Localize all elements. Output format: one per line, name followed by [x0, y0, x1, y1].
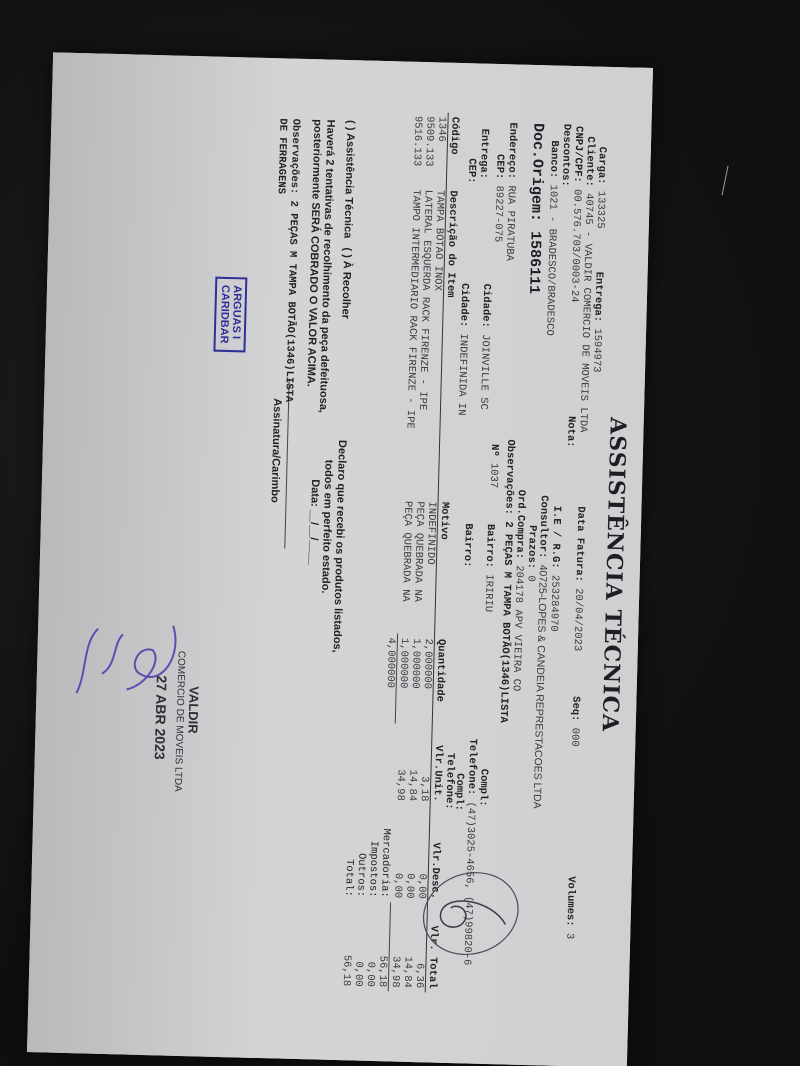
item-vlr-total: 14,84 [401, 902, 415, 992]
doc-origem-field: Doc.Origem: 1586111 [525, 123, 546, 294]
data-line: Data: __/__/____ [307, 479, 321, 565]
signature-label: Assinatura/Carimbo [268, 398, 283, 503]
company-stamp-name: VALDIR [185, 686, 201, 734]
seq-field: Seq: 000 [568, 696, 581, 747]
entrega-bairro-field: Bairro: [461, 523, 474, 567]
banco-field: Banco: 1021 - BRADESCO/BRADESCO [543, 140, 560, 336]
item-codigo: 9516.133 [409, 112, 423, 186]
checkbox-assistencia-tecnica[interactable]: ( ) Assistência Técnica ( ) À Recolher [339, 120, 356, 319]
paper-crease [722, 166, 729, 196]
item-vlr-unit: 34,98 [393, 723, 408, 805]
item-quantidade: 1,000000 [408, 634, 422, 724]
col-vlr-unit: Vlr.Unit. [430, 724, 445, 806]
nota-field: Nota: [564, 416, 577, 454]
paper-sheet: ASSISTÊNCIA TÉCNICA Carga: 133325 Entreg… [27, 52, 653, 1066]
handwritten-circle-mark [415, 862, 528, 965]
entrega-address-label: Entrega: [477, 128, 490, 179]
entrega-cidade-field: Cidade: INDEFINIDA IN [455, 283, 470, 416]
item-codigo: 9509.133 [422, 112, 436, 186]
outros-label: Outros: [354, 804, 369, 902]
blue-stamp: ARGUAS I CARIDBAR [213, 277, 247, 352]
items-table: Código Descrição do Item Motivo Quantida… [340, 110, 461, 992]
document-title: ASSISTÊNCIA TÉCNICA [597, 417, 631, 733]
item-quantidade: 1,000000 [395, 634, 410, 724]
item-codigo: 1346 [434, 112, 448, 186]
volumes-field: Volumes: 3 [563, 876, 577, 939]
data-fatura-field: Data Fatura: 20/04/2023 [571, 506, 587, 651]
handwritten-signature [71, 613, 183, 706]
checkbox-recolher[interactable]: ( ) À Recolher [339, 247, 353, 319]
signature-line [284, 379, 289, 549]
bairro-field: Bairro: IRIRIU [482, 524, 496, 613]
cep-field: CEP: 89227-075 [491, 154, 505, 243]
outros-value: 0,00 [352, 901, 366, 991]
descontos-field: Descontos: [559, 124, 573, 187]
item-vlr-total: 34,98 [388, 902, 403, 992]
numero-field: Nº 1037 [487, 444, 500, 488]
compl-field: Compl: [476, 769, 489, 813]
quantidade-total: 4,000000 [383, 633, 398, 723]
prazos-field: Prazos: 0 [524, 525, 537, 582]
entrega-telefone-field: Telefone: [443, 753, 456, 810]
item-vlr-unit: 14,84 [406, 723, 420, 805]
entrega-cep-field: CEP: [465, 158, 478, 184]
item-quantidade: 2,000000 [420, 634, 435, 724]
assistencia-tecnica-form: ASSISTÊNCIA TÉCNICA Carga: 133325 Entreg… [43, 73, 648, 1048]
impostos-label: Impostos: [366, 804, 381, 902]
impostos-value: 0,00 [364, 901, 378, 991]
carga-field: Carga: 133325 [594, 147, 608, 229]
obs-footer-line-2: DE FERRAGENS [275, 118, 289, 194]
cidade-field: Cidade: JOINVILLE SC [477, 284, 492, 410]
col-quantidade: Quantidade [432, 635, 447, 725]
endereco-field: Endereço: RUA PIRATUBA [503, 122, 519, 261]
col-codigo: Código [446, 113, 460, 187]
total-value: 56,18 [340, 901, 354, 991]
